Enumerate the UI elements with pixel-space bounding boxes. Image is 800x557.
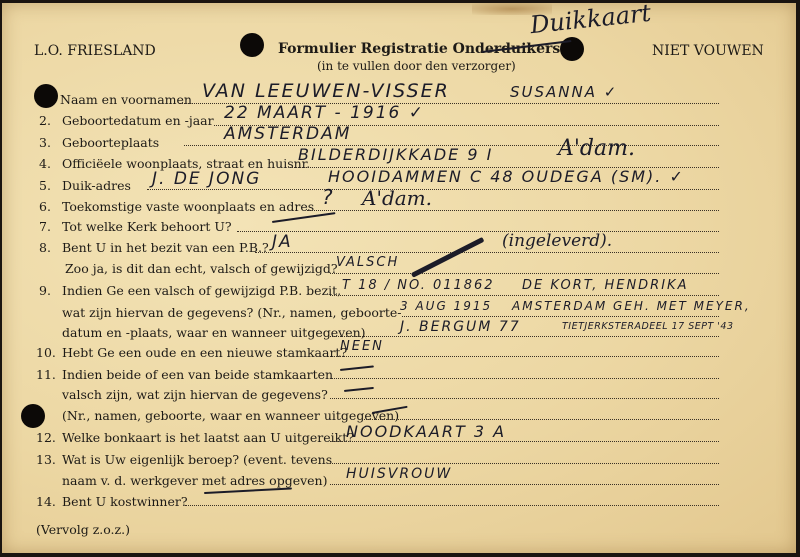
line-beroep-2 bbox=[330, 484, 719, 485]
value-toekomstig-adres[interactable]: ? bbox=[322, 185, 335, 209]
value-geboorteplaats[interactable]: AMSTERDAM bbox=[224, 124, 351, 144]
value-pb[interactable]: JA bbox=[272, 232, 293, 252]
underline-opgeven bbox=[204, 487, 292, 493]
num-13: 13. bbox=[36, 452, 56, 467]
label-pb: Bent U in het bezit van een P.B.? bbox=[62, 240, 269, 255]
form-title: Formulier Registratie Onderduikers bbox=[278, 41, 560, 57]
value-pb-naam[interactable]: DE KORT, HENDRIKA bbox=[522, 278, 688, 293]
continued-overleaf: (Vervolg z.o.z.) bbox=[36, 522, 130, 537]
organization-label: L.O. FRIESLAND bbox=[34, 43, 156, 59]
punch-hole-mid-left bbox=[34, 84, 58, 108]
label-geboortedatum: Geboortedatum en -jaar bbox=[62, 113, 214, 128]
value-geboortedatum[interactable]: 22 MAART - 1916 ✓ bbox=[224, 103, 425, 123]
label-valsch-pb-3: datum en -plaats, waar en wanneer uitgeg… bbox=[62, 325, 366, 340]
registration-card: L.O. FRIESLAND Formulier Registratie Ond… bbox=[2, 3, 796, 553]
label-kostwinner: Bent U kostwinner? bbox=[62, 494, 188, 509]
label-naam: Naam en voornamen bbox=[60, 92, 192, 107]
value-bonkaart[interactable]: NOODKAART 3 A bbox=[346, 422, 506, 441]
num-14: 14. bbox=[36, 494, 56, 509]
punch-hole-top-left bbox=[240, 33, 264, 57]
do-not-fold-label: NIET VOUWEN bbox=[652, 43, 764, 59]
num-5: 5. bbox=[39, 178, 51, 193]
line-beroep-1 bbox=[330, 463, 719, 464]
line-pb-echt bbox=[330, 273, 719, 274]
value-toekomstig-city[interactable]: A'dam. bbox=[362, 186, 432, 210]
line-kerk bbox=[237, 231, 719, 232]
dash-stamkaart-1 bbox=[340, 365, 374, 371]
value-duikadres-name[interactable]: J. DE JONG bbox=[152, 169, 261, 189]
num-7: 7. bbox=[39, 219, 51, 234]
line-stamkaart-valsch-3 bbox=[364, 419, 719, 420]
num-8: 8. bbox=[39, 240, 51, 255]
label-werkgever: naam v. d. werkgever met adres opgeven) bbox=[62, 473, 328, 488]
value-pb-geboorteplaats[interactable]: AMSTERDAM GEH. MET Meyer, bbox=[512, 299, 751, 313]
line-kostwinner bbox=[185, 505, 719, 506]
value-pb-uitgifte[interactable]: J. BERGUM 77 bbox=[400, 319, 521, 335]
label-beroep: Wat is Uw eigenlijk beroep? (event. teve… bbox=[62, 452, 332, 467]
num-9: 9. bbox=[39, 283, 51, 298]
value-beroep[interactable]: HUISVROUW bbox=[346, 466, 452, 482]
value-woonplaats[interactable]: BILDERDIJKKADE 9 I bbox=[298, 145, 493, 164]
num-6: 6. bbox=[39, 199, 51, 214]
line-toekomstig-adres bbox=[307, 210, 719, 211]
label-pb-echt: Zoo ja, is dit dan echt, valsch of gewij… bbox=[65, 261, 338, 276]
line-stamkaart-valsch-2 bbox=[330, 398, 719, 399]
label-stamkaart-valsch-1: Indien beide of een van beide stamkaarte… bbox=[62, 367, 333, 382]
num-10: 10. bbox=[36, 345, 56, 360]
value-voornaam[interactable]: SUSANNA ✓ bbox=[510, 83, 618, 101]
label-stamkaart: Hebt Ge een oude en een nieuwe stamkaart… bbox=[62, 345, 347, 360]
form-subtitle: (in te vullen door den verzorger) bbox=[317, 59, 516, 73]
label-duikadres: Duik-adres bbox=[62, 178, 131, 193]
label-stamkaart-valsch-3: (Nr., namen, geboorte, waar en wanneer u… bbox=[62, 408, 399, 423]
punch-hole-bottom-left bbox=[21, 404, 45, 428]
line-stamkaart bbox=[330, 356, 719, 357]
value-naam[interactable]: VAN LEEUWEN-VISSER bbox=[202, 80, 450, 102]
value-pb-note[interactable]: (ingeleverd). bbox=[502, 231, 612, 251]
label-kerk: Tot welke Kerk behoort U? bbox=[62, 219, 232, 234]
value-stamkaart[interactable]: NEEN bbox=[340, 339, 384, 354]
dash-stamkaart-2 bbox=[344, 387, 374, 392]
line-valsch-pb-1 bbox=[330, 295, 719, 296]
num-3: 3. bbox=[39, 135, 51, 150]
num-11: 11. bbox=[36, 367, 56, 382]
label-stamkaart-valsch-2: valsch zijn, wat zijn hiervan de gegeven… bbox=[62, 387, 328, 402]
line-duikadres bbox=[147, 189, 719, 190]
num-2: 2. bbox=[39, 113, 51, 128]
line-bonkaart bbox=[330, 441, 719, 442]
label-valsch-pb: Indien Ge een valsch of gewijzigd P.B. b… bbox=[62, 283, 341, 298]
ink-stroke bbox=[411, 237, 485, 278]
value-woonplaats-city[interactable]: A'dam. bbox=[558, 136, 635, 161]
line-stamkaart-valsch-1 bbox=[330, 378, 719, 379]
line-valsch-pb-3 bbox=[330, 336, 719, 337]
label-bonkaart: Welke bonkaart is het laatst aan U uitge… bbox=[62, 430, 354, 445]
value-pb-nummer[interactable]: T 18 / No. 011862 bbox=[342, 278, 495, 293]
label-geboorteplaats: Geboorteplaats bbox=[62, 135, 159, 150]
value-duikadres[interactable]: HOOIDAMMEN C 48 OUDEGA (SM). ✓ bbox=[328, 167, 685, 186]
value-pb-geboortedatum[interactable]: 3 AUG 1915 bbox=[400, 299, 492, 313]
line-pb bbox=[255, 252, 719, 253]
num-4: 4. bbox=[39, 156, 51, 171]
value-pb-echt[interactable]: VALSCH bbox=[336, 255, 399, 270]
label-toekomstig-adres: Toekomstige vaste woonplaats en adres bbox=[62, 199, 314, 214]
value-pb-uitgifte-plaats[interactable]: TIETJERKSTERADEEL 17 Sept '43 bbox=[562, 321, 734, 332]
num-12: 12. bbox=[36, 430, 56, 445]
label-valsch-pb-2: wat zijn hiervan de gegevens? (Nr., name… bbox=[62, 305, 402, 320]
line-valsch-pb-2 bbox=[402, 316, 719, 317]
